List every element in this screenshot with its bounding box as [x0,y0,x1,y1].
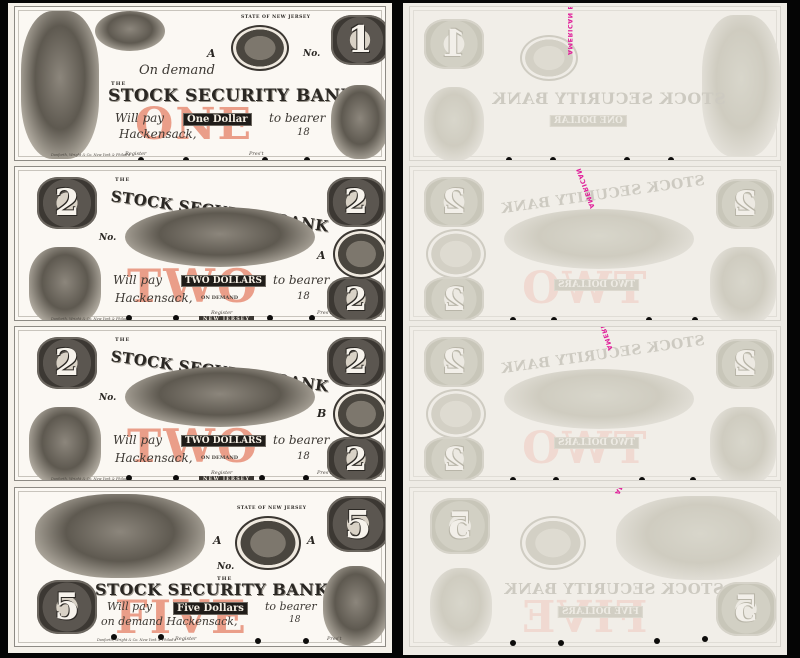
hackensack-script: Hackensack, [119,127,197,141]
note-five-dollars-back: 5 STOCK SECURITY BANK 5 FIVE FIVE DOLLAR… [409,487,781,647]
sailor-vignette-ghost [710,407,776,481]
denomination-rosette: 2 [327,337,385,387]
to-bearer-script: to bearer [273,433,329,447]
denomination-numeral: 2 [344,182,368,222]
printer-imprint: Danforth, Wright & Co. New York & Philad… [51,317,130,321]
to-bearer-script: to bearer [265,600,317,613]
printer-imprint: Danforth, Wright & Co. New York & Philad… [51,153,130,157]
denomination-rosette-ghost: 2 [716,179,774,229]
state-label: STATE OF NEW JERSEY [237,506,306,511]
denomination-label-ghost: TWO DOLLARS [554,437,639,449]
cancel-punch-hole [255,638,261,644]
denomination-rosette: 5 [37,580,97,634]
denomination-numeral: 2 [54,182,79,224]
state-label: STATE OF NEW JERSEY [241,15,310,20]
on-demand-script: On demand [139,63,215,78]
hackensack-script: on demand Hackensack, [101,615,237,628]
on-demand-label: ON DEMAND [201,455,238,461]
cancel-punch-hole [558,640,564,646]
cancel-punch-hole [510,317,516,321]
denomination-rosette-ghost: 2 [424,337,484,387]
will-pay-script: Will pay [113,273,162,287]
note-two-dollars-a-front: 2 2 2 THE STOCK SECURITY BANK No. A TWO … [14,166,386,321]
denomination-rosette: 5 [327,496,386,552]
denomination-numeral: 5 [447,505,472,547]
denomination-rosette: 2 [327,437,385,481]
note-five-dollars-front: STATE OF NEW JERSEY A A 5 No. THE STOCK … [14,487,386,647]
denomination-numeral: 2 [443,280,465,318]
cancel-punch-hole [668,157,674,161]
cancel-punch-hole [138,157,144,161]
seated-figure-vignette [323,566,386,646]
plate-letter-left: A [213,534,222,547]
the-label: THE [115,337,130,343]
will-pay-script: Will pay [107,600,152,613]
back-sheet: 1 STOCK SECURITY BANK ONE DOLLAR AMERICA… [403,3,787,655]
denomination-numeral: 2 [442,342,466,382]
seated-figure-ghost [430,568,492,646]
year-script: 18 [289,615,300,625]
register-label: Register [175,636,196,642]
note-one-dollar-front: STATE OF NEW JERSEY 1 A No. On demand TH… [14,6,386,161]
plate-letter-right: A [307,534,316,547]
number-label: No. [99,233,116,243]
cancel-punch-hole [551,317,557,321]
number-label: No. [303,49,320,59]
cancel-punch-hole [510,640,516,646]
denomination-label: TWO DOLLARS [181,275,266,287]
cancel-punch-hole [506,157,512,161]
goddess-vignette-ghost [702,15,780,157]
plate-letter: A [317,249,326,262]
cancel-punch-hole [303,638,309,644]
denomination-numeral: 2 [442,182,466,222]
year-script: 18 [297,291,310,302]
state-seal-ghost [520,516,586,570]
sailor-vignette [29,407,101,481]
washington-eagle-vignette [35,494,205,578]
denomination-numeral: 2 [345,280,367,318]
denomination-numeral: 2 [54,342,79,384]
bank-name-ghost: STOCK SECURITY BANK [492,89,726,108]
abnco-archive-stamp: AMERICAN BANK NOTE CO. [566,6,574,55]
the-label: THE [115,177,130,183]
president-label: Pres't [249,151,264,157]
cancel-punch-hole [303,475,309,481]
sailor-vignette-ghost [710,247,776,321]
cancel-punch-hole [550,157,556,161]
harvest-vignette-ghost [504,209,694,269]
to-bearer-script: to bearer [273,273,329,287]
denomination-numeral: 5 [345,502,371,547]
denomination-label-ghost: ONE DOLLAR [550,115,627,127]
denomination-numeral: 2 [443,440,465,478]
cancel-punch-hole [173,315,179,321]
cancel-punch-hole [309,315,315,321]
plate-letter: B [317,407,326,420]
hackensack-script: Hackensack, [115,291,193,305]
denomination-rosette: 2 [37,337,97,389]
denomination-rosette-ghost: 1 [424,19,484,69]
cancel-punch-hole [646,317,652,321]
cancel-punch-hole [126,315,132,321]
register-label: Register [125,151,146,157]
note-two-dollars-a-back: 2 2 2 STOCK SECURITY BANK TWO TWO DOLLAR… [409,166,781,321]
state-seal [333,229,386,279]
cancel-punch-hole [654,638,660,644]
state-box: NEW JERSEY [199,476,254,481]
denomination-rosette-ghost: 2 [716,339,774,389]
year-script: 18 [297,451,310,462]
denomination-rosette: 2 [327,277,385,321]
hackensack-script: Hackensack, [115,451,193,465]
front-sheet: STATE OF NEW JERSEY 1 A No. On demand TH… [8,3,392,653]
note-one-dollar-back: 1 STOCK SECURITY BANK ONE DOLLAR AMERICA… [409,6,781,161]
plate-letter: A [207,47,216,60]
note-two-dollars-b-front: 2 2 2 THE STOCK SECURITY BANK No. B TWO … [14,326,386,481]
denomination-label: One Dollar [183,113,252,126]
cancel-punch-hole [304,157,310,161]
cancel-punch-hole [624,157,630,161]
cancel-punch-hole [111,634,117,640]
washington-eagle-ghost [616,496,781,580]
cancel-punch-hole [690,477,696,481]
on-demand-label: ON DEMAND [201,295,238,301]
denomination-rosette: 2 [37,177,97,229]
note-two-dollars-b-back: 2 2 2 STOCK SECURITY BANK TWO TWO DOLLAR… [409,326,781,481]
number-label: No. [99,393,116,403]
president-label: Pres't [317,470,332,476]
cancel-punch-hole [267,315,273,321]
cancel-punch-hole [158,634,164,640]
cancel-punch-hole [126,475,132,481]
cancel-punch-hole [639,477,645,481]
cancel-punch-hole [702,636,708,642]
denomination-rosette: 1 [331,15,386,65]
state-seal-ghost [426,389,486,439]
denomination-rosette-ghost: 5 [430,498,490,554]
to-bearer-script: to bearer [269,111,325,125]
will-pay-script: Will pay [115,111,164,125]
president-label: Pres't [317,310,332,316]
state-seal [333,389,386,439]
sailor-vignette [29,247,101,321]
cancel-punch-hole [183,157,189,161]
two-women-harvest-vignette [125,367,315,427]
printer-imprint: Danforth, Wright & Co. New York & Philad… [97,638,176,642]
goddess-vignette [21,11,99,159]
denomination-numeral: 2 [345,440,367,478]
year-script: 18 [297,127,310,138]
denomination-rosette-ghost: 5 [716,582,776,636]
farm-landscape-vignette [95,11,165,51]
denomination-numeral: 1 [441,23,466,65]
denomination-rosette: 2 [327,177,385,227]
denomination-numeral: 5 [54,586,79,628]
denomination-numeral: 5 [733,588,758,630]
president-label: Pres't [327,636,342,642]
harvest-vignette-ghost [504,369,694,429]
state-box: NEW JERSEY [199,316,254,321]
denomination-label-ghost: FIVE DOLLARS [558,606,643,618]
denomination-label-ghost: TWO DOLLARS [554,279,639,291]
denomination-numeral: 2 [733,184,757,224]
denomination-numeral: 2 [344,342,368,382]
state-seal [235,516,301,570]
state-seal [231,25,289,71]
will-pay-script: Will pay [113,433,162,447]
denomination-numeral: 1 [347,19,372,61]
cancel-punch-hole [553,477,559,481]
denomination-rosette-ghost: 2 [424,437,484,481]
two-women-harvest-vignette [125,207,315,267]
woman-portrait-vignette [331,85,386,159]
cancel-punch-hole [510,477,516,481]
woman-portrait-ghost [424,87,484,161]
cancel-punch-hole [259,475,265,481]
state-seal-ghost [426,229,486,279]
printer-imprint: Danforth, Wright & Co. New York & Philad… [51,477,130,481]
cancel-punch-hole [692,317,698,321]
number-label: No. [217,562,234,572]
denomination-rosette-ghost: 2 [424,277,484,321]
denomination-rosette-ghost: 2 [424,177,484,227]
denomination-numeral: 2 [733,344,757,384]
denomination-label: Five Dollars [173,602,248,615]
cancel-punch-hole [262,157,268,161]
cancel-punch-hole [173,475,179,481]
denomination-label: TWO DOLLARS [181,435,266,447]
